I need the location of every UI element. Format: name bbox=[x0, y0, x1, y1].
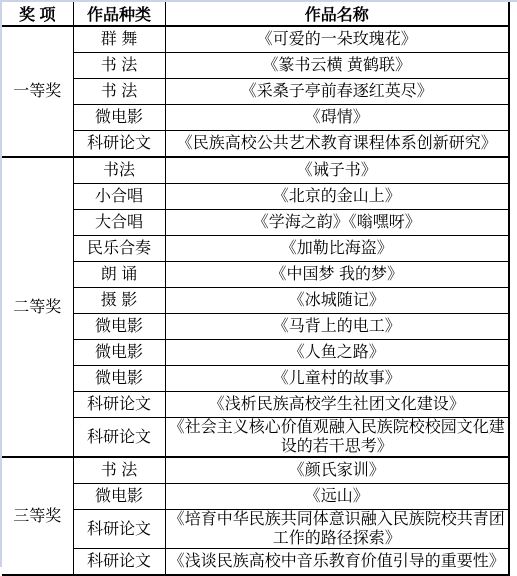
table-row: 微电影《碍情》 bbox=[2, 105, 509, 131]
work-type-cell: 科研论文 bbox=[73, 510, 165, 549]
header-work-title: 作品名称 bbox=[165, 2, 509, 26]
table-row: 微电影《儿童村的故事》 bbox=[2, 366, 509, 392]
work-type-cell: 微电影 bbox=[73, 366, 165, 392]
table-row: 书 法《采桑子亭前春逐红英尽》 bbox=[2, 79, 509, 105]
work-type-cell: 书 法 bbox=[73, 79, 165, 105]
work-type-cell: 微电影 bbox=[73, 314, 165, 340]
work-title-cell: 《诫子书》 bbox=[165, 157, 509, 184]
work-title-cell: 《浅析民族高校学生社团文化建设》 bbox=[165, 392, 509, 418]
work-type-cell: 微电影 bbox=[73, 340, 165, 366]
work-type-cell: 微电影 bbox=[73, 484, 165, 510]
work-type-cell: 科研论文 bbox=[73, 131, 165, 158]
work-type-cell: 书 法 bbox=[73, 457, 165, 484]
table-row: 科研论文《民族高校公共艺术教育课程体系创新研究》 bbox=[2, 131, 509, 158]
work-title-cell: 《浅谈民族高校中音乐教育价值引导的重要性》 bbox=[165, 549, 509, 576]
table-row: 书 法《篆书云横 黄鹤联》 bbox=[2, 53, 509, 79]
table-row: 摄 影《冰城随记》 bbox=[2, 288, 509, 314]
awards-table-body: 一等奖群 舞《可爱的一朵玫瑰花》书 法《篆书云横 黄鹤联》书 法《采桑子亭前春逐… bbox=[2, 26, 509, 575]
work-type-cell: 微电影 bbox=[73, 105, 165, 131]
work-title-cell: 《马背上的电工》 bbox=[165, 314, 509, 340]
work-title-cell: 《北京的金山上》 bbox=[165, 184, 509, 210]
work-title-cell: 《远山》 bbox=[165, 484, 509, 510]
work-title-cell: 《儿童村的故事》 bbox=[165, 366, 509, 392]
table-row: 民乐合奏《加勒比海盗》 bbox=[2, 236, 509, 262]
work-type-cell: 科研论文 bbox=[73, 392, 165, 418]
table-row: 科研论文《社会主义核心价值观融入民族院校校园文化建设的若干思考》 bbox=[2, 418, 509, 458]
header-row: 奖 项 作品种类 作品名称 bbox=[2, 2, 509, 26]
work-title-cell: 《碍情》 bbox=[165, 105, 509, 131]
work-title-cell: 《采桑子亭前春逐红英尽》 bbox=[165, 79, 509, 105]
table-row: 科研论文《浅谈民族高校中音乐教育价值引导的重要性》 bbox=[2, 549, 509, 576]
table-row: 微电影《马背上的电工》 bbox=[2, 314, 509, 340]
table-row: 微电影《人鱼之路》 bbox=[2, 340, 509, 366]
work-title-cell: 《可爱的一朵玫瑰花》 bbox=[165, 26, 509, 53]
table-row: 科研论文《浅析民族高校学生社团文化建设》 bbox=[2, 392, 509, 418]
work-title-cell: 《冰城随记》 bbox=[165, 288, 509, 314]
work-title-cell: 《加勒比海盗》 bbox=[165, 236, 509, 262]
work-type-cell: 书 法 bbox=[73, 53, 165, 79]
work-title-cell: 《篆书云横 黄鹤联》 bbox=[165, 53, 509, 79]
table-row: 科研论文《培育中华民族共同体意识融入民族院校共青团工作的路径探索》 bbox=[2, 510, 509, 549]
header-work-type: 作品种类 bbox=[73, 2, 165, 26]
work-title-cell: 《人鱼之路》 bbox=[165, 340, 509, 366]
work-type-cell: 朗 诵 bbox=[73, 262, 165, 288]
work-type-cell: 小合唱 bbox=[73, 184, 165, 210]
work-type-cell: 科研论文 bbox=[73, 418, 165, 458]
work-type-cell: 摄 影 bbox=[73, 288, 165, 314]
table-row: 一等奖群 舞《可爱的一朵玫瑰花》 bbox=[2, 26, 509, 53]
table-row: 二等奖书法《诫子书》 bbox=[2, 157, 509, 184]
work-title-cell: 《培育中华民族共同体意识融入民族院校共青团工作的路径探索》 bbox=[165, 510, 509, 549]
work-title-cell: 《中国梦 我的梦》 bbox=[165, 262, 509, 288]
header-award: 奖 项 bbox=[2, 2, 73, 26]
table-row: 朗 诵《中国梦 我的梦》 bbox=[2, 262, 509, 288]
table-row: 小合唱《北京的金山上》 bbox=[2, 184, 509, 210]
table-row: 三等奖书 法《颜氏家训》 bbox=[2, 457, 509, 484]
table-row: 微电影《远山》 bbox=[2, 484, 509, 510]
work-title-cell: 《学海之韵》《嗡嘿呀》 bbox=[165, 210, 509, 236]
work-type-cell: 科研论文 bbox=[73, 549, 165, 576]
work-type-cell: 书法 bbox=[73, 157, 165, 184]
work-title-cell: 《颜氏家训》 bbox=[165, 457, 509, 484]
work-title-cell: 《民族高校公共艺术教育课程体系创新研究》 bbox=[165, 131, 509, 158]
work-type-cell: 大合唱 bbox=[73, 210, 165, 236]
award-cell: 一等奖 bbox=[2, 26, 73, 157]
work-title-cell: 《社会主义核心价值观融入民族院校校园文化建设的若干思考》 bbox=[165, 418, 509, 458]
work-type-cell: 群 舞 bbox=[73, 26, 165, 53]
award-cell: 二等奖 bbox=[2, 157, 73, 457]
work-type-cell: 民乐合奏 bbox=[73, 236, 165, 262]
awards-table: 奖 项 作品种类 作品名称 一等奖群 舞《可爱的一朵玫瑰花》书 法《篆书云横 黄… bbox=[2, 2, 510, 576]
table-row: 大合唱《学海之韵》《嗡嘿呀》 bbox=[2, 210, 509, 236]
award-cell: 三等奖 bbox=[2, 457, 73, 575]
